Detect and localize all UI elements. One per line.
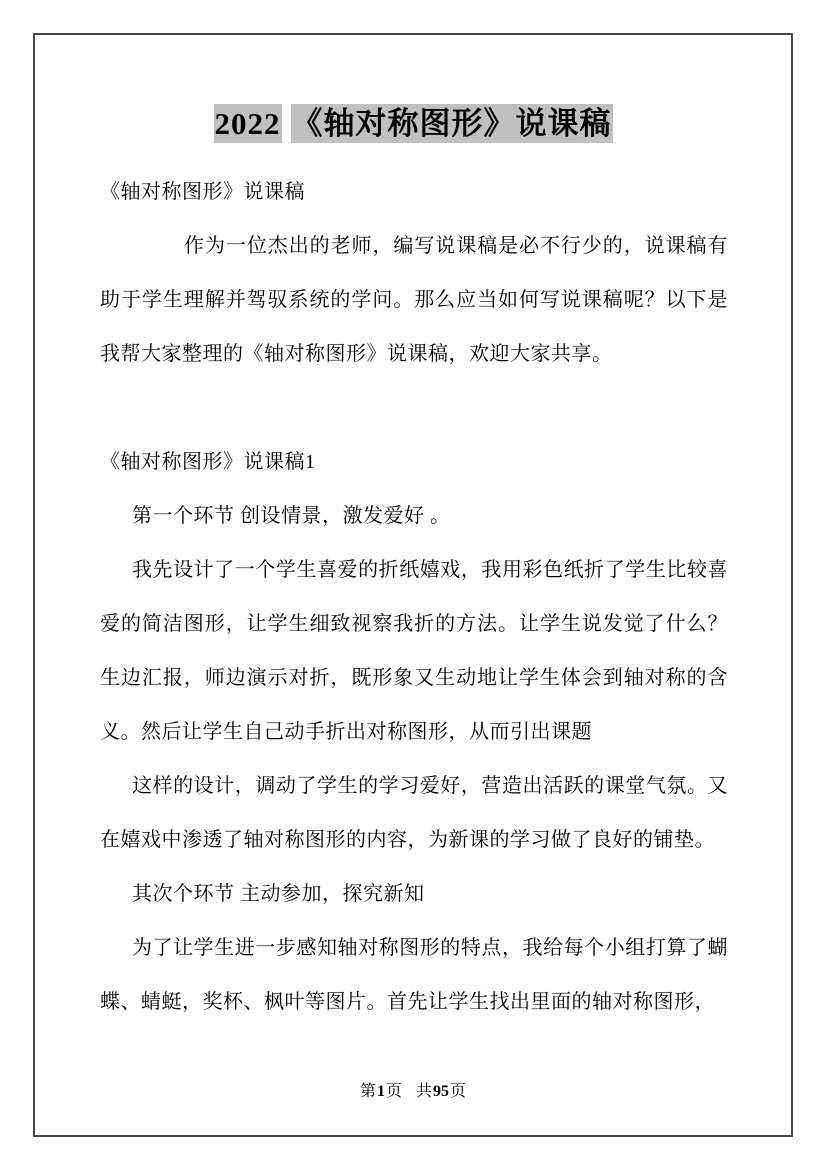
paragraph-subtitle: 《轴对称图形》说课稿 [100,165,728,219]
paragraph-intro: 作为一位杰出的老师，编写说课稿是必不行少的，说课稿有助于学生理解并驾驭系统的学问… [100,219,728,381]
paragraph-step-one-heading: 第一个环节 创设情景，激发爱好 。 [100,489,728,543]
title-main: 《轴对称图形》说课稿 [291,104,613,143]
page-footer: 第1页共95页 [35,1078,791,1101]
paragraph-step-two-heading: 其次个环节 主动参加，探究新知 [100,867,728,921]
footer-total-prefix: 共 [416,1083,432,1100]
document-page: 2022《轴对称图形》说课稿 《轴对称图形》说课稿 作为一位杰出的老师，编写说课… [33,33,793,1137]
paragraph-step-two-body: 为了让学生进一步感知轴对称图形的特点，我给每个小组打算了蝴蝶、蜻蜓，奖杯、枫叶等… [100,921,728,1029]
document-body: 《轴对称图形》说课稿 作为一位杰出的老师，编写说课稿是必不行少的，说课稿有助于学… [35,143,791,1029]
footer-total-suffix: 页 [450,1083,466,1100]
paragraph-section-heading: 《轴对称图形》说课稿1 [100,435,728,489]
paragraph-step-one-body: 我先设计了一个学生喜爱的折纸嬉戏，我用彩色纸折了学生比较喜爱的简洁图形，让学生细… [100,543,728,759]
current-page-number: 1 [376,1083,386,1100]
total-pages-number: 95 [432,1083,450,1100]
footer-page-prefix: 第 [360,1083,376,1100]
document-title: 2022《轴对称图形》说课稿 [35,105,791,143]
title-year: 2022 [214,104,282,143]
footer-page-suffix: 页 [386,1083,402,1100]
paragraph-design-summary: 这样的设计，调动了学生的学习爱好，营造出活跃的课堂气氛。又在嬉戏中渗透了轴对称图… [100,759,728,867]
